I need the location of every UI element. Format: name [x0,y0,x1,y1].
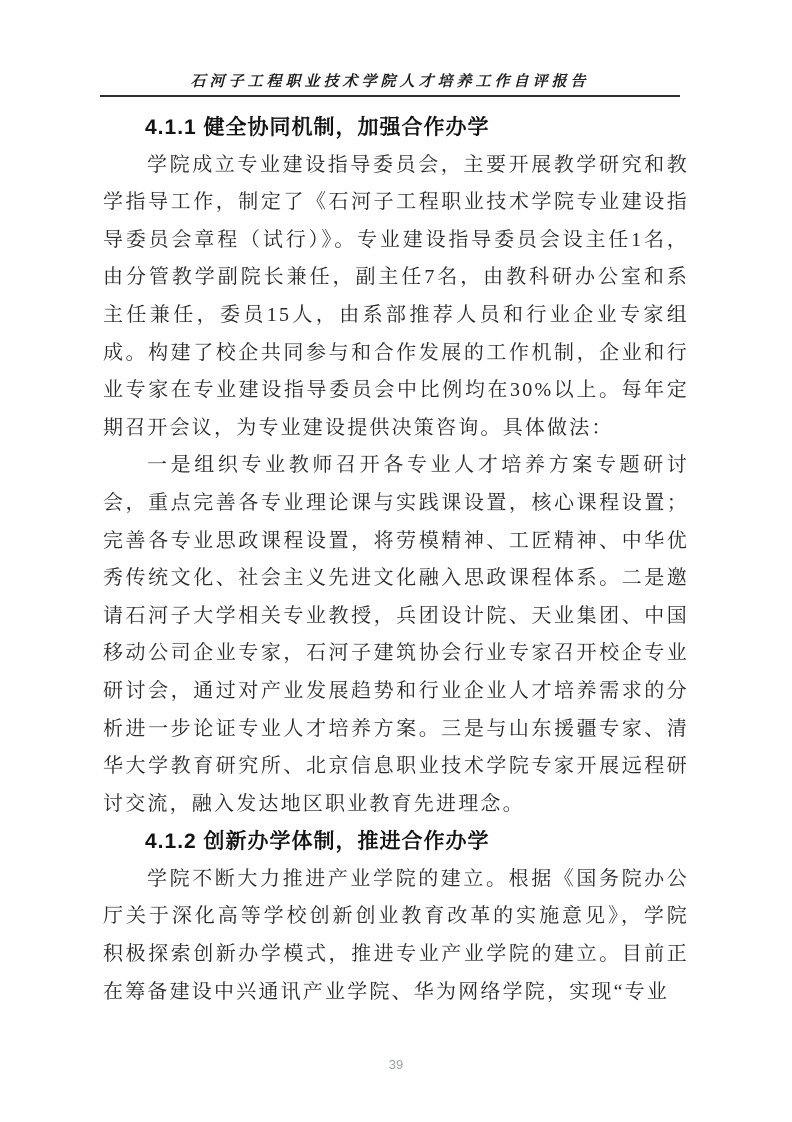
section-heading-4-1-2: 4.1.2 创新办学体制，推进合作办学 [103,823,689,861]
paragraph-industry-college: 学院不断大力推进产业学院的建立。根据《国务院办公厅关于深化高等学校创新创业教育改… [103,861,689,1011]
header-title: 石河子工程职业技术学院人才培养工作自评报告 [100,70,680,91]
document-page: 石河子工程职业技术学院人才培养工作自评报告 4.1.1 健全协同机制，加强合作办… [0,0,792,1122]
section-heading-4-1-1: 4.1.1 健全协同机制，加强合作办学 [103,109,689,147]
paragraph-collaboration-mechanism: 学院成立专业建设指导委员会，主要开展教学研究和教学指导工作，制定了《石河子工程职… [103,147,689,448]
paragraph-specific-practices: 一是组织专业教师召开各专业人才培养方案专题研讨会，重点完善各专业理论课与实践课设… [103,447,689,823]
page-number: 39 [389,1057,403,1072]
page-footer: 39 [0,1056,792,1074]
page-header: 石河子工程职业技术学院人才培养工作自评报告 [100,70,680,97]
document-body: 4.1.1 健全协同机制，加强合作办学 学院成立专业建设指导委员会，主要开展教学… [103,109,689,1011]
